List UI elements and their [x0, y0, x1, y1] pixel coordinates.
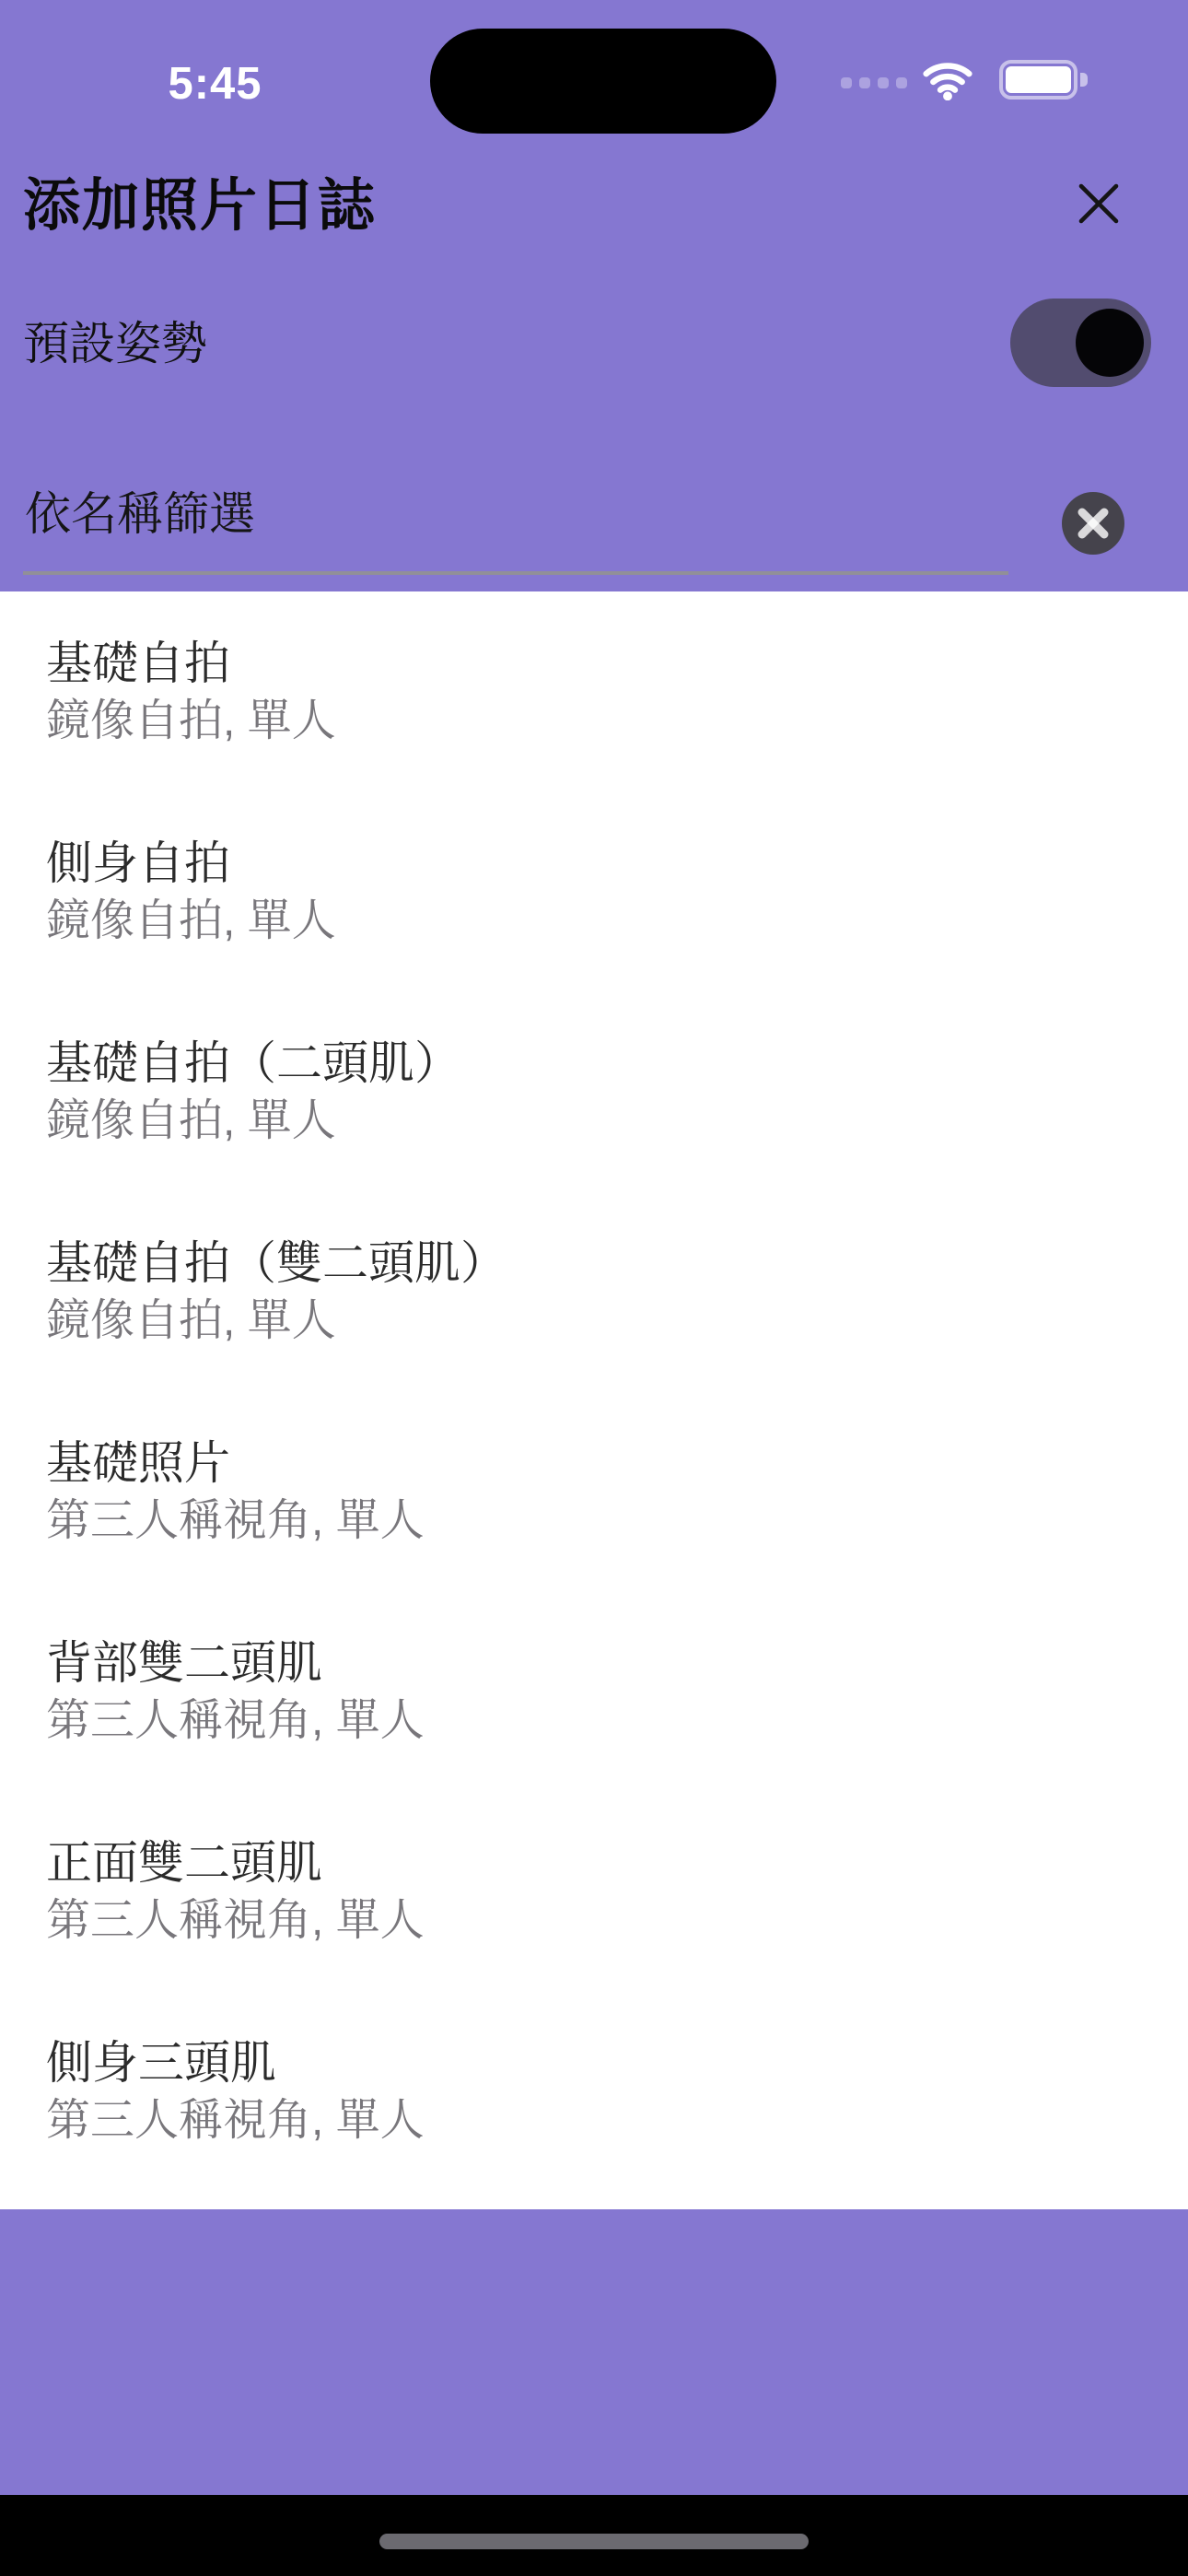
pose-subtitle: 第三人稱視角, 單人: [46, 1693, 1151, 1749]
list-item[interactable]: 正面雙二頭肌 第三人稱視角, 單人: [46, 1834, 1151, 1949]
list-item[interactable]: 基礎自拍 鏡像自拍, 單人: [46, 635, 1151, 749]
bottom-bar: [0, 2495, 1188, 2576]
pose-title: 基礎自拍（雙二頭肌）: [46, 1235, 1151, 1292]
pose-title: 基礎自拍: [46, 635, 1151, 692]
page-title: 添加照片日誌: [23, 175, 377, 238]
pose-subtitle: 第三人稱視角, 單人: [46, 1493, 1151, 1549]
clear-x-icon: [1077, 508, 1109, 539]
pose-title: 基礎照片: [46, 1434, 1151, 1492]
pose-title: 側身自拍: [46, 835, 1151, 892]
pose-subtitle: 鏡像自拍, 單人: [46, 894, 1151, 949]
list-item[interactable]: 背部雙二頭肌 第三人稱視角, 單人: [46, 1634, 1151, 1749]
dynamic-island: [430, 29, 776, 134]
pose-list: 基礎自拍 鏡像自拍, 單人 側身自拍 鏡像自拍, 單人 基礎自拍（二頭肌） 鏡像…: [0, 591, 1188, 2209]
pose-title: 基礎自拍（二頭肌）: [46, 1035, 1151, 1092]
pose-subtitle: 鏡像自拍, 單人: [46, 1294, 1151, 1349]
pose-title: 側身三頭肌: [46, 2034, 1151, 2091]
pose-subtitle: 第三人稱視角, 單人: [46, 1893, 1151, 1949]
filter-input-label: 依名稱篩選: [25, 487, 255, 541]
app-screen: 5:45 添加照片日誌 預設姿勢 依名稱篩選: [0, 0, 1188, 2576]
battery-nub: [1080, 73, 1088, 87]
list-item[interactable]: 基礎自拍（二頭肌） 鏡像自拍, 單人: [46, 1035, 1151, 1149]
cellular-signal-icon: [841, 77, 907, 88]
status-time: 5:45: [0, 61, 430, 107]
list-item[interactable]: 側身三頭肌 第三人稱視角, 單人: [46, 2034, 1151, 2149]
list-item[interactable]: 基礎照片 第三人稱視角, 單人: [46, 1434, 1151, 1549]
preset-poses-toggle[interactable]: [1010, 299, 1151, 387]
filter-input-underline: [23, 571, 1008, 575]
filter-input[interactable]: 依名稱篩選: [0, 461, 1188, 599]
pose-subtitle: 第三人稱視角, 單人: [46, 2093, 1151, 2149]
list-item[interactable]: 基礎自拍（雙二頭肌） 鏡像自拍, 單人: [46, 1235, 1151, 1349]
toggle-knob: [1076, 309, 1144, 377]
pose-subtitle: 鏡像自拍, 單人: [46, 1094, 1151, 1149]
battery-icon: [999, 60, 1077, 100]
pose-subtitle: 鏡像自拍, 單人: [46, 694, 1151, 749]
close-icon: [1077, 182, 1120, 225]
home-indicator[interactable]: [379, 2534, 809, 2549]
battery-level: [1006, 66, 1071, 93]
pose-title: 正面雙二頭肌: [46, 1834, 1151, 1891]
wifi-icon: [921, 62, 974, 100]
close-button[interactable]: [1068, 173, 1129, 234]
preset-poses-label: 預設姿勢: [23, 317, 207, 370]
list-item[interactable]: 側身自拍 鏡像自拍, 單人: [46, 835, 1151, 949]
pose-title: 背部雙二頭肌: [46, 1634, 1151, 1692]
clear-filter-button[interactable]: [1062, 492, 1124, 555]
